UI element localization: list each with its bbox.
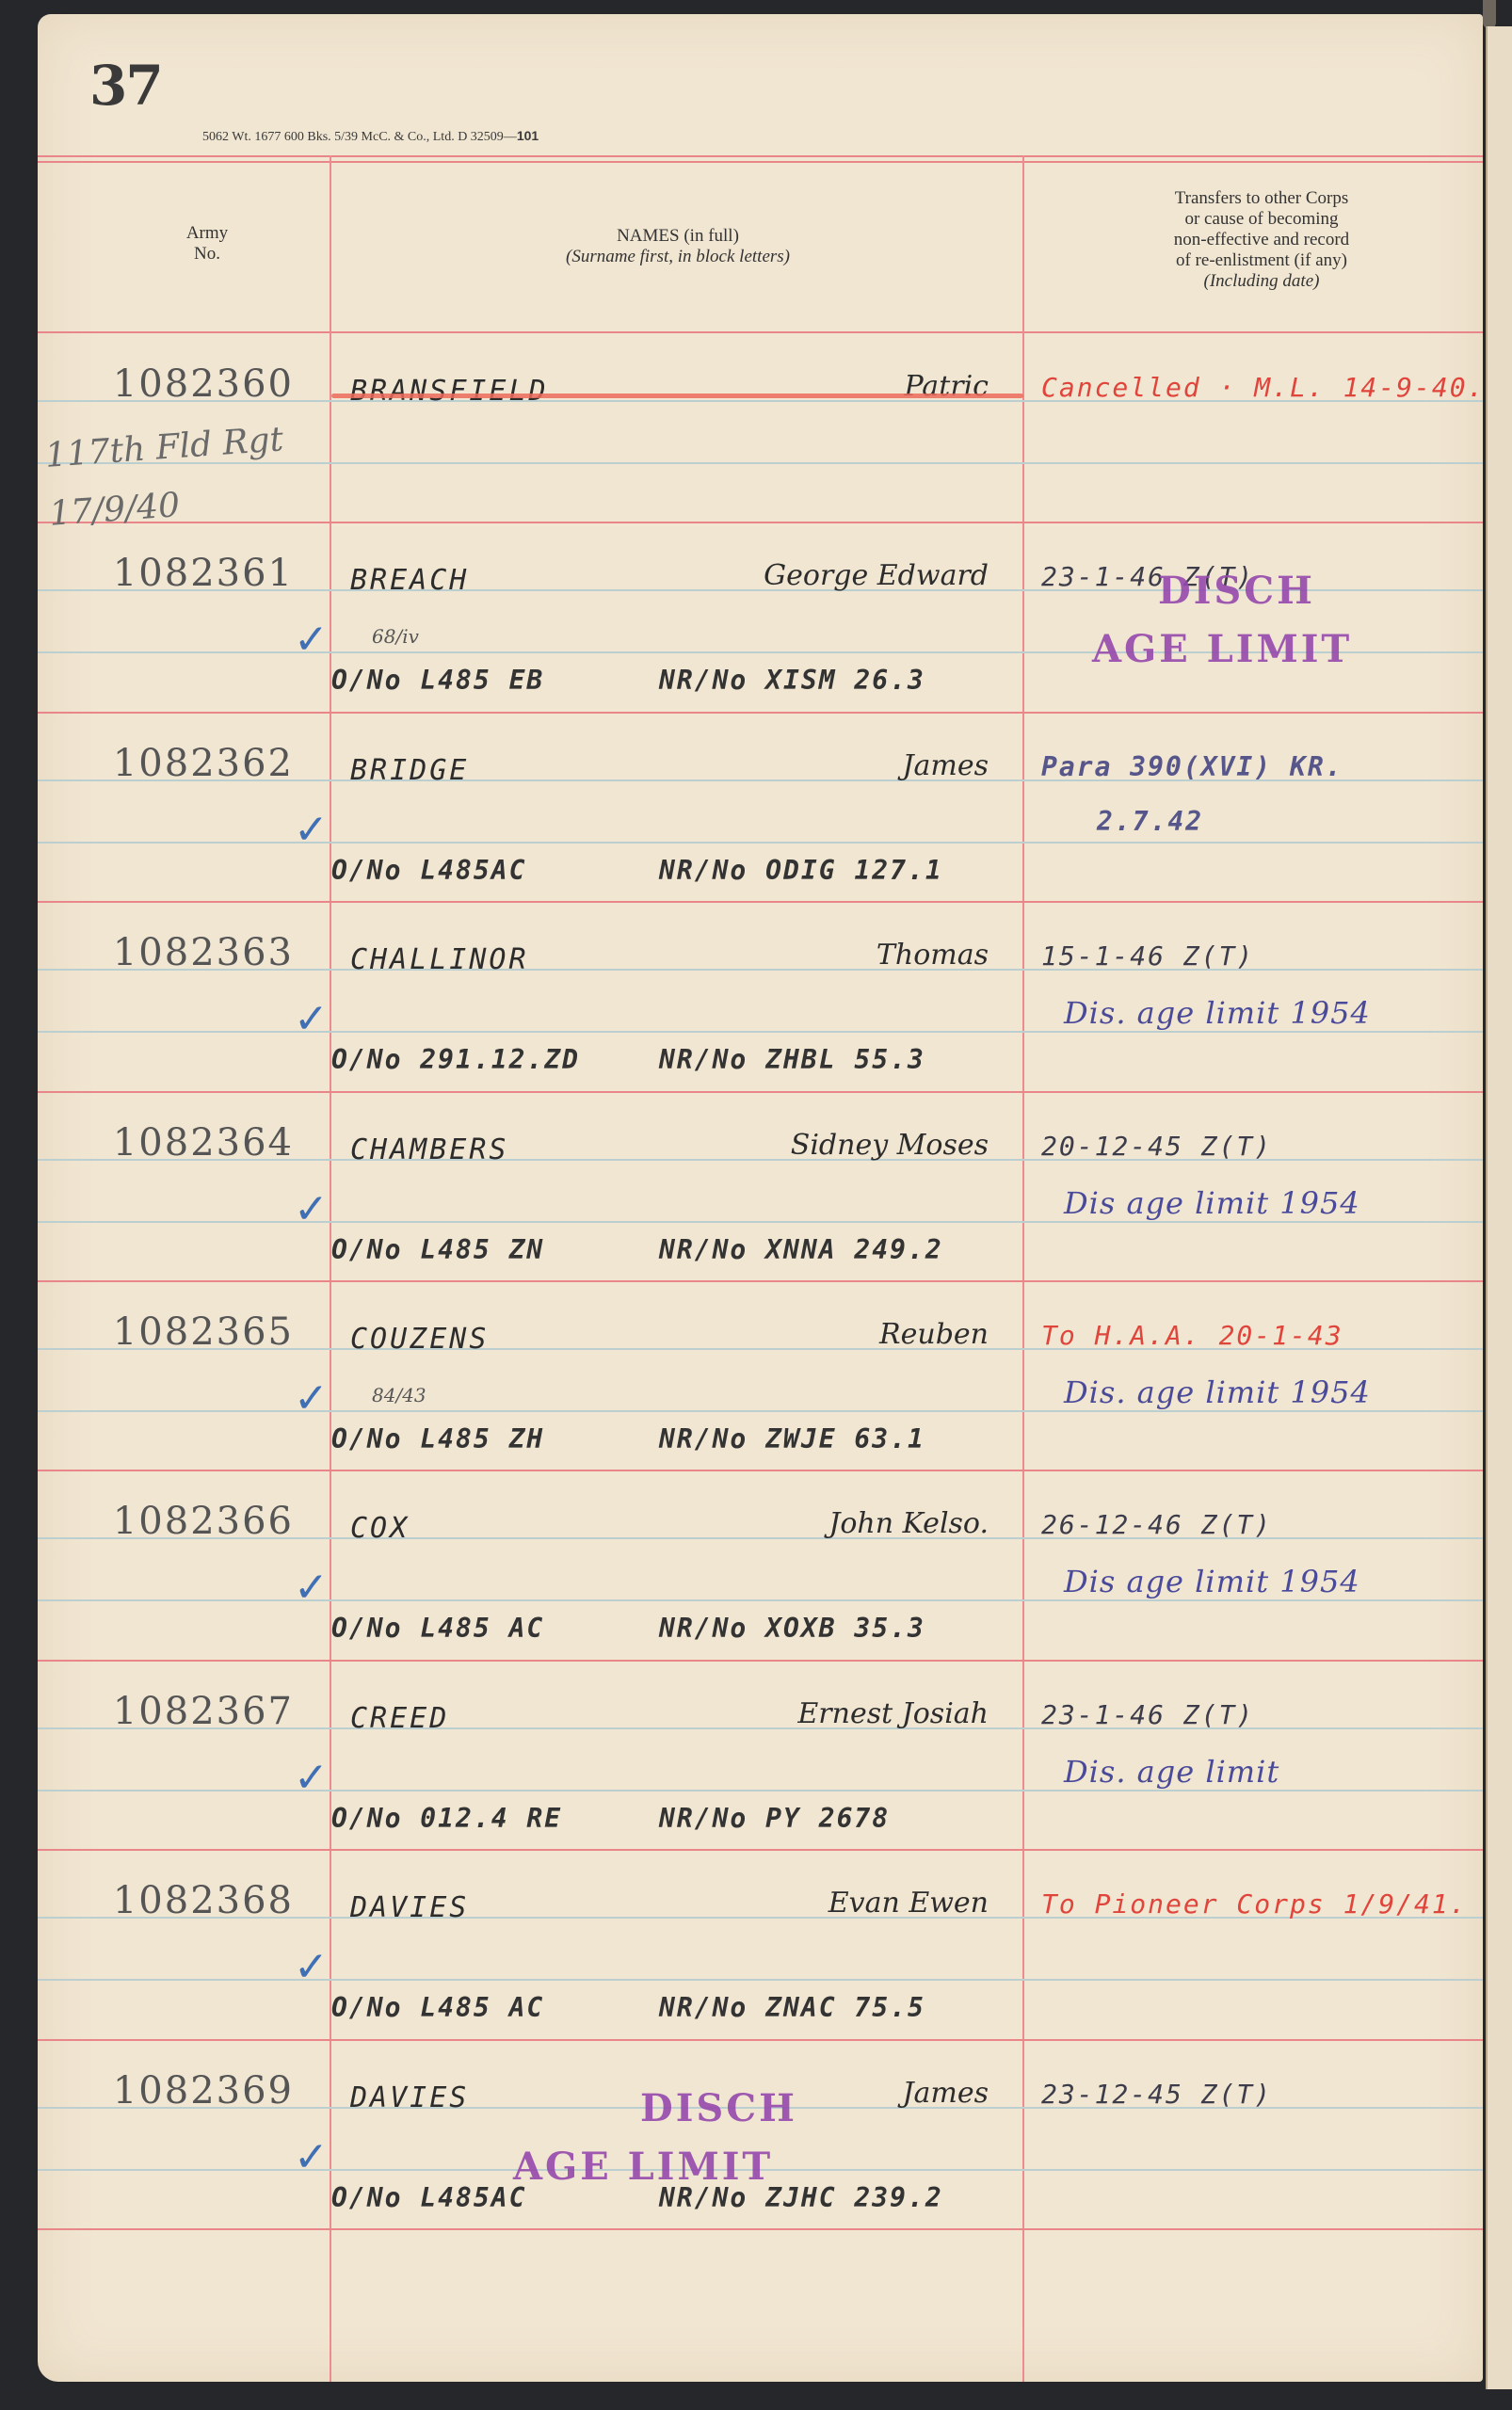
remark-primary: 23-1-46 Z(T) (1041, 1699, 1254, 1730)
header-rule-top-2 (38, 161, 1483, 163)
remark-primary: 20-12-45 Z(T) (1041, 1131, 1272, 1162)
register-page: 37 5062 Wt. 1677 600 Bks. 5/39 McC. & Co… (38, 14, 1483, 2382)
header-rule-bottom (38, 331, 1483, 333)
order-number: O/No L485 AC (331, 1992, 544, 2023)
check-mark-icon: ✓ (294, 1185, 329, 1233)
forenames: Thomas (584, 939, 989, 972)
stamp-disch: DISCH (1158, 569, 1315, 613)
order-number: O/No L485 AC (331, 1613, 544, 1644)
small-note: 68/iv (372, 625, 419, 648)
remark-primary: Cancelled · M.L. 14-9-40. (1041, 372, 1483, 403)
army-number: 1082361 (58, 552, 294, 595)
header-transfers-line2: or cause of becoming (1064, 209, 1459, 230)
remark-primary: Para 390(XVI) KR. (1041, 751, 1343, 782)
cancel-strikethrough (331, 394, 1023, 398)
printer-imprint: 5062 Wt. 1677 600 Bks. 5/39 McC. & Co., … (202, 128, 539, 145)
header-names-title: NAMES (in full) (348, 226, 1007, 247)
surname: BREACH (350, 564, 469, 597)
check-mark-icon: ✓ (294, 1754, 329, 1802)
remark-secondary: Dis. age limit 1954 (1064, 1374, 1371, 1410)
remark-primary: 26-12-46 Z(T) (1041, 1509, 1272, 1540)
remark-secondary: 2.7.42 (1097, 806, 1203, 837)
order-number: O/No 012.4 RE (331, 1803, 562, 1834)
row-red-rule (38, 2228, 1483, 2230)
remark-secondary: Dis. age limit 1954 (1064, 995, 1371, 1031)
remark-primary: 15-1-46 Z(T) (1041, 940, 1254, 972)
adjacent-page-edge (1486, 26, 1512, 2389)
army-number: 1082369 (58, 2069, 294, 2113)
remark-primary: 23-12-45 Z(T) (1041, 2079, 1272, 2110)
army-number: 1082360 (58, 362, 294, 406)
header-names-sub: (Surname first, in block letters) (348, 247, 1007, 267)
header-transfers-line3: non-effective and record (1064, 230, 1459, 250)
forenames: Evan Ewen (584, 1887, 989, 1920)
check-mark-icon: ✓ (294, 616, 329, 664)
surname: BRIDGE (350, 754, 469, 787)
forenames: John Kelso. (584, 1507, 989, 1540)
order-number: O/No L485 EB (331, 665, 544, 696)
stamp-age-limit: AGE LIMIT (1092, 627, 1352, 671)
army-number: 1082364 (58, 1121, 294, 1165)
header-transfers: Transfers to other Corps or cause of bec… (1064, 188, 1459, 292)
binding-spine (1483, 0, 1496, 28)
header-transfers-line1: Transfers to other Corps (1064, 188, 1459, 209)
order-number: O/No 291.12.ZD (331, 1044, 580, 1075)
row-blue-rule (38, 1221, 1483, 1223)
page-number: 37 (89, 54, 162, 118)
check-mark-icon: ✓ (294, 1943, 329, 1991)
nr-number: NR/No XNNA 249.2 (659, 1234, 943, 1265)
surname: CHALLINOR (350, 943, 529, 976)
header-rule-top-1 (38, 155, 1483, 157)
forenames: Reuben (584, 1318, 989, 1351)
nr-number: NR/No ZNAC 75.5 (659, 1992, 925, 2023)
check-mark-icon: ✓ (294, 995, 329, 1043)
forenames: Ernest Josiah (584, 1697, 989, 1730)
row-red-rule (38, 1660, 1483, 1662)
row-blue-rule (38, 1599, 1483, 1601)
row-red-rule (38, 1091, 1483, 1093)
column-divider-1 (330, 155, 331, 2382)
nr-number: NR/No PY 2678 (659, 1803, 890, 1834)
stamp-age-limit: AGE LIMIT (513, 2145, 773, 2189)
surname: DAVIES (350, 2081, 469, 2114)
row-red-rule (38, 1849, 1483, 1851)
imprint-bold: 101 (517, 128, 539, 143)
forenames: Sidney Moses (584, 1129, 989, 1162)
nr-number: NR/No XOXB 35.3 (659, 1613, 925, 1644)
row-red-rule (38, 712, 1483, 714)
header-army-line1: Army (151, 223, 264, 244)
army-number: 1082363 (58, 931, 294, 974)
row-red-rule (38, 1470, 1483, 1471)
imprint-text: 5062 Wt. 1677 600 Bks. 5/39 McC. & Co., … (202, 130, 517, 144)
order-number: O/No L485AC (331, 855, 526, 886)
nr-number: NR/No ODIG 127.1 (659, 855, 943, 886)
remark-primary: To H.A.A. 20-1-43 (1041, 1320, 1343, 1351)
check-mark-icon: ✓ (294, 806, 329, 854)
army-number: 1082367 (58, 1690, 294, 1733)
order-number: O/No L485 ZN (331, 1234, 544, 1265)
surname: CHAMBERS (350, 1133, 509, 1166)
row-blue-rule (38, 1031, 1483, 1033)
order-number: O/No L485AC (331, 2182, 526, 2213)
check-mark-icon: ✓ (294, 1374, 329, 1422)
row-red-rule (38, 1280, 1483, 1282)
row-blue-rule (38, 842, 1483, 843)
remark-secondary: Dis age limit 1954 (1064, 1564, 1360, 1599)
row-blue-rule (38, 1410, 1483, 1412)
header-names: NAMES (in full) (Surname first, in block… (348, 226, 1007, 267)
column-divider-2 (1022, 155, 1024, 2382)
army-number: 1082368 (58, 1879, 294, 1922)
remark-secondary: Dis age limit 1954 (1064, 1185, 1360, 1221)
header-army-line2: No. (151, 244, 264, 265)
check-mark-icon: ✓ (294, 2133, 329, 2181)
forenames: James (584, 749, 989, 782)
surname: CREED (350, 1702, 449, 1735)
header-transfers-sub: (Including date) (1064, 271, 1459, 292)
small-note: 84/43 (372, 1384, 426, 1406)
remark-secondary: Dis. age limit (1064, 1754, 1279, 1790)
surname: COX (350, 1512, 410, 1545)
forenames: George Edward (584, 559, 989, 592)
row-blue-rule (38, 1979, 1483, 1981)
surname: BRANSFIELD (350, 375, 549, 408)
order-number: O/No L485 ZH (331, 1423, 544, 1454)
row-red-rule (38, 2039, 1483, 2041)
nr-number: NR/No ZWJE 63.1 (659, 1423, 925, 1454)
row-blue-rule (38, 1790, 1483, 1791)
surname: COUZENS (350, 1323, 489, 1356)
nr-number: NR/No ZHBL 55.3 (659, 1044, 925, 1075)
check-mark-icon: ✓ (294, 1564, 329, 1612)
margin-note: 117th Fld Rgt 17/9/40 (43, 410, 289, 543)
army-number: 1082366 (58, 1500, 294, 1543)
army-number: 1082362 (58, 742, 294, 785)
nr-number: NR/No XISM 26.3 (659, 665, 925, 696)
header-transfers-line4: of re-enlistment (if any) (1064, 250, 1459, 271)
header-army-no: Army No. (151, 223, 264, 265)
stamp-disch: DISCH (640, 2086, 797, 2130)
surname: DAVIES (350, 1891, 469, 1924)
army-number: 1082365 (58, 1310, 294, 1354)
row-red-rule (38, 901, 1483, 903)
remark-primary: To Pioneer Corps 1/9/41. (1041, 1888, 1468, 1920)
